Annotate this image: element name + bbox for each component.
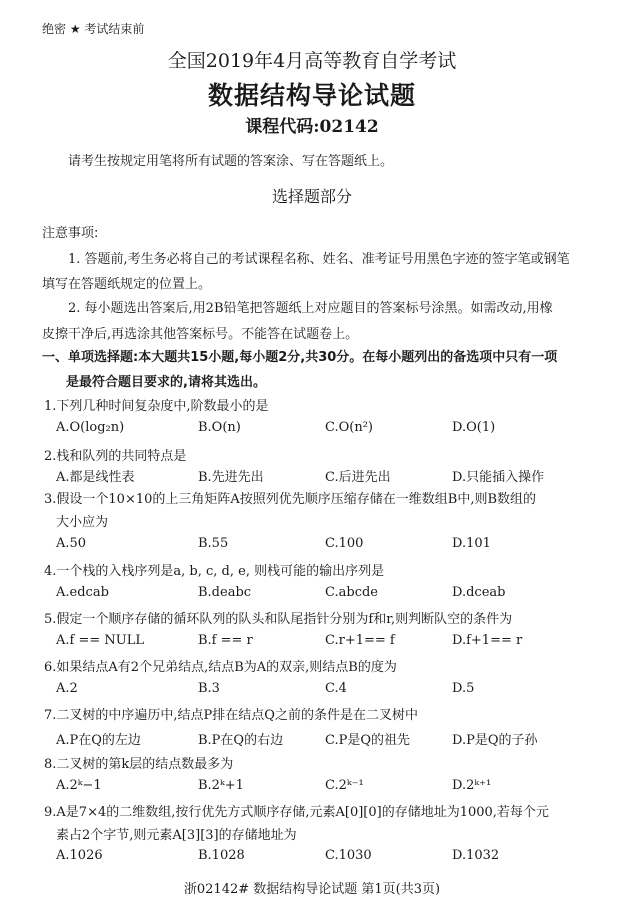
question-3-cont: 大小应为 bbox=[56, 511, 108, 530]
question-9-cont: 素占2个字节,则元素A[3][3]的存储地址为 bbox=[56, 824, 297, 843]
q1-option-b: B.O(n) bbox=[198, 420, 241, 435]
q9-option-b: B.1028 bbox=[198, 848, 245, 863]
notice-item-1-cont: 填写在答题纸规定的位置上。 bbox=[42, 273, 211, 292]
question-1: 1.下列几种时间复杂度中,阶数最小的是 bbox=[44, 395, 269, 414]
notice-item-2-cont: 皮擦干净后,再选涂其他答案标号。不能答在试题卷上。 bbox=[42, 323, 358, 342]
q9-option-d: D.1032 bbox=[452, 848, 499, 863]
q7-option-d: D.P是Q的子孙 bbox=[452, 729, 538, 748]
q5-option-d: D.f+1== r bbox=[452, 633, 522, 648]
q5-option-c: C.r+1== f bbox=[325, 633, 395, 648]
confidential-label: 绝密 ★ 考试结束前 bbox=[42, 20, 144, 37]
q4-option-d: D.dceab bbox=[452, 585, 505, 600]
q5-option-b: B.f == r bbox=[198, 633, 253, 648]
q3-option-b: B.55 bbox=[198, 536, 228, 551]
q8-option-b: B.2ᵏ+1 bbox=[198, 778, 244, 793]
q4-option-b: B.deabc bbox=[198, 585, 251, 600]
q1-option-c: C.O(n²) bbox=[325, 420, 373, 435]
section-header: 一、单项选择题:本大题共15小题,每小题2分,共30分。在每小题列出的备选项中只… bbox=[42, 346, 557, 365]
part-title: 选择题部分 bbox=[0, 184, 624, 207]
question-3: 3.假设一个10×10的上三角矩阵A按照列优先顺序压缩存储在一维数组B中,则B数… bbox=[44, 488, 536, 507]
q2-option-c: C.后进先出 bbox=[325, 466, 391, 485]
q6-option-a: A.2 bbox=[56, 681, 78, 696]
question-8: 8.二叉树的第k层的结点数最多为 bbox=[44, 753, 233, 772]
paper-title: 数据结构导论试题 bbox=[0, 76, 624, 112]
question-7: 7.二叉树的中序遍历中,结点P排在结点Q之前的条件是在二叉树中 bbox=[44, 704, 418, 723]
q9-option-a: A.1026 bbox=[56, 848, 103, 863]
q8-option-d: D.2ᵏ⁺¹ bbox=[452, 778, 491, 793]
q6-option-c: C.4 bbox=[325, 681, 347, 696]
question-6: 6.如果结点A有2个兄弟结点,结点B为A的双亲,则结点B的度为 bbox=[44, 656, 397, 675]
q6-option-d: D.5 bbox=[452, 681, 474, 696]
question-2: 2.栈和队列的共同特点是 bbox=[44, 445, 186, 464]
q1-option-a: A.O(log₂n) bbox=[56, 420, 124, 435]
section-header-cont: 是最符合题目要求的,请将其选出。 bbox=[66, 371, 266, 390]
question-9: 9.A是7×4的二维数组,按行优先方式顺序存储,元素A[0][0]的存储地址为1… bbox=[44, 801, 549, 820]
q5-option-a: A.f == NULL bbox=[56, 633, 144, 648]
q2-option-d: D.只能插入操作 bbox=[452, 466, 544, 485]
q3-option-a: A.50 bbox=[56, 536, 86, 551]
answer-instruction: 请考生按规定用笔将所有试题的答案涂、写在答题纸上。 bbox=[68, 150, 393, 169]
question-5: 5.假定一个顺序存储的循环队列的队头和队尾指针分别为f和r,则判断队空的条件为 bbox=[44, 608, 512, 627]
q2-option-b: B.先进先出 bbox=[198, 466, 264, 485]
notice-heading: 注意事项: bbox=[42, 222, 98, 241]
page-footer: 浙02142# 数据结构导论试题 第1页(共3页) bbox=[0, 878, 624, 897]
q8-option-a: A.2ᵏ−1 bbox=[56, 778, 102, 793]
q3-option-d: D.101 bbox=[452, 536, 491, 551]
q7-option-a: A.P在Q的左边 bbox=[56, 729, 141, 748]
q7-option-b: B.P在Q的右边 bbox=[198, 729, 283, 748]
notice-item-1: 1. 答题前,考生务必将自己的考试课程名称、姓名、准考证号用黑色字迹的签字笔或钢… bbox=[68, 248, 570, 267]
q9-option-c: C.1030 bbox=[325, 848, 372, 863]
question-4: 4.一个栈的入栈序列是a, b, c, d, e, 则栈可能的输出序列是 bbox=[44, 560, 384, 579]
q4-option-c: C.abcde bbox=[325, 585, 378, 600]
q4-option-a: A.edcab bbox=[56, 585, 109, 600]
exam-title: 全国2019年4月高等教育自学考试 bbox=[0, 46, 624, 73]
q3-option-c: C.100 bbox=[325, 536, 363, 551]
q1-option-d: D.O(1) bbox=[452, 420, 495, 435]
q2-option-a: A.都是线性表 bbox=[56, 466, 135, 485]
q8-option-c: C.2ᵏ⁻¹ bbox=[325, 778, 364, 793]
q7-option-c: C.P是Q的祖先 bbox=[325, 729, 410, 748]
course-code: 课程代码:02142 bbox=[0, 112, 624, 137]
q6-option-b: B.3 bbox=[198, 681, 220, 696]
notice-item-2: 2. 每小题选出答案后,用2B铅笔把答题纸上对应题目的答案标号涂黑。如需改动,用… bbox=[68, 297, 553, 316]
